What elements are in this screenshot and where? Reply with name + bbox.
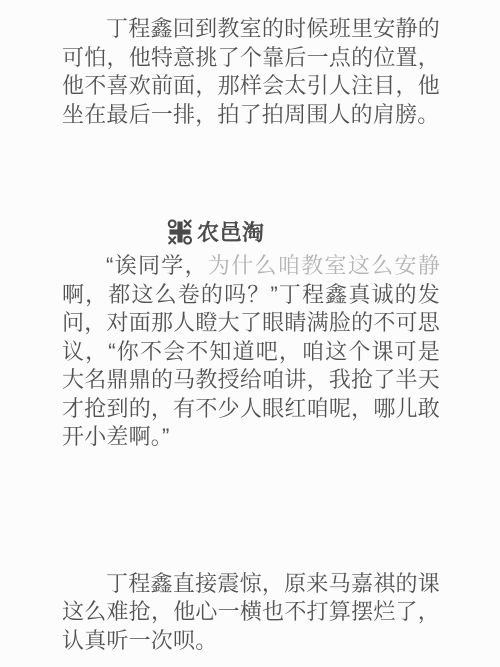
paragraph-2: “诶同学，为什么咱教室这么安静啊，都这么卷的吗？”丁程鑫真诚的发问，对面那人瞪大…	[62, 252, 440, 452]
paragraph-2-segment-end: 啊，都这么卷的吗？”丁程鑫真诚的发问，对面那人瞪大了眼睛满脸的不可思议，“你不会…	[62, 282, 440, 450]
story-text-block: 丁程鑫回到教室的时候班里安静的可怕，他特意挑了个靠后一点的位置，他不喜欢前面，那…	[0, 0, 500, 655]
paragraph-2-segment-faded: 为什么咱教室这么安静	[208, 253, 440, 278]
novel-page: 农邑淘 丁程鑫回到教室的时候班里安静的可怕，他特意挑了个靠后一点的位置，他不喜欢…	[0, 0, 500, 667]
paragraph-1: 丁程鑫回到教室的时候班里安静的可怕，他特意挑了个靠后一点的位置，他不喜欢前面，那…	[62, 15, 440, 129]
paragraph-3: 丁程鑫直接震惊，原来马嘉祺的课这么难抢，他心一横也不打算摆烂了，认真听一次呗。	[62, 570, 440, 656]
paragraph-2-segment-start: “诶同学，	[106, 253, 208, 278]
